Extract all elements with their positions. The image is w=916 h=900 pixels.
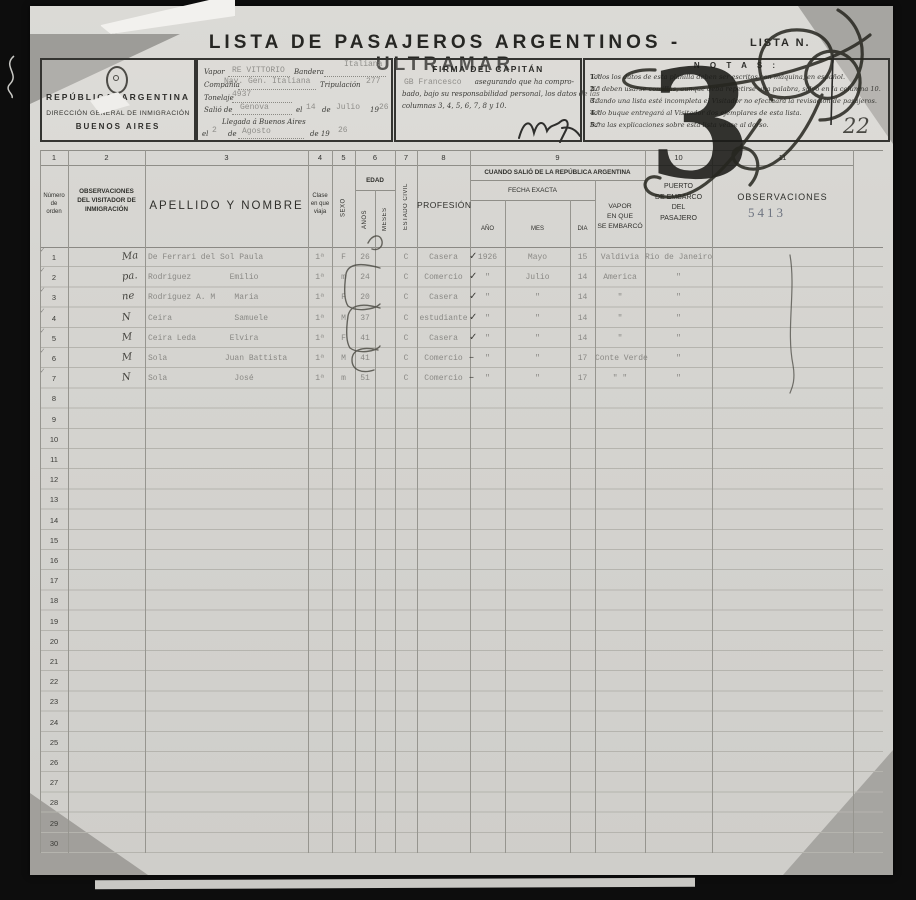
cell-clase: 1ª bbox=[308, 375, 332, 384]
cell-edad: 41 bbox=[355, 335, 375, 344]
cell-estado: C bbox=[395, 375, 417, 384]
cell-edad: 24 bbox=[355, 274, 375, 283]
cell-name: De Ferrari del Sol Paula bbox=[148, 254, 263, 263]
cell-name: Sola José bbox=[148, 375, 254, 384]
year-label: 19 bbox=[370, 106, 379, 114]
header-observaciones-visitador: OBSERVACIONES DEL VISITADOR DE INMIGRACI… bbox=[68, 188, 145, 214]
row-number: 25 bbox=[40, 738, 68, 747]
el-label: el bbox=[296, 106, 302, 114]
cell-profesion: Comercio bbox=[417, 375, 470, 384]
row-number: 16 bbox=[40, 556, 68, 565]
cell-puerto: ″ bbox=[645, 274, 712, 283]
cell-dia: 17 bbox=[570, 355, 595, 364]
cell-dia: 14 bbox=[570, 335, 595, 344]
cell-dia: 14 bbox=[570, 274, 595, 283]
header-meses: MESES bbox=[376, 194, 394, 244]
row-number: 22 bbox=[40, 677, 68, 686]
cell-sexo: F bbox=[332, 335, 355, 344]
margin-squiggle bbox=[8, 56, 14, 98]
table-row: NCeira Samuele1ªM37✓Cestudiante✓″″14″″ bbox=[40, 308, 853, 328]
cell-estado: C bbox=[395, 355, 417, 364]
cell-mes: ″ bbox=[505, 294, 570, 303]
cell-estado: C bbox=[395, 294, 417, 303]
ship-info-box: Vapor RE VITTORIO Bandera Italiana Compa… bbox=[196, 58, 393, 142]
cell-vapor: ″ bbox=[595, 294, 645, 303]
cell-meses_check: ✓ bbox=[40, 308, 45, 317]
cell-meses_check: ✓ bbox=[40, 328, 45, 337]
salio-label: Salió de bbox=[204, 106, 233, 114]
passenger-table: 1 2 3 4 5 6 7 8 9 10 11 Número de orden … bbox=[40, 150, 883, 853]
rule bbox=[228, 68, 290, 77]
cell-puerto: Rio de Janeiro bbox=[645, 254, 712, 263]
cell-mark: M bbox=[121, 351, 132, 363]
header-clase: Clase en que viaja bbox=[308, 192, 332, 216]
col-number: 1 bbox=[40, 153, 68, 162]
row-number: 21 bbox=[40, 657, 68, 666]
cell-vapor: ″ ″ bbox=[595, 375, 645, 384]
row-number: 26 bbox=[40, 758, 68, 767]
cell-edad: 26 bbox=[355, 254, 375, 263]
tonelaje-label: Tonelaje bbox=[204, 94, 234, 102]
cell-profesion: Comercio bbox=[417, 274, 470, 283]
header-ano: AÑO bbox=[470, 225, 505, 233]
cell-profesion: Casera bbox=[417, 335, 470, 344]
table-row: MCeira Leda Elvira1ªF41✓CCasera✓″″14″″ bbox=[40, 328, 853, 348]
rule bbox=[324, 68, 386, 77]
header-edad: EDAD bbox=[355, 177, 395, 186]
row-number: 29 bbox=[40, 819, 68, 828]
cell-name: Ceira Leda Elvira bbox=[148, 335, 258, 344]
row-number: 27 bbox=[40, 778, 68, 787]
col-number: 4 bbox=[308, 153, 332, 162]
cell-name: Rodriguez A. M Maria bbox=[148, 294, 258, 303]
vapor-label: Vapor bbox=[204, 68, 225, 76]
table-row: pa.Rodriguez Emilio1ªm24✓CComercio✓″Juli… bbox=[40, 267, 853, 287]
cell-meses_check: ✓ bbox=[40, 287, 45, 296]
cell-ano: ″ bbox=[470, 274, 505, 283]
cell-edad: 41 bbox=[355, 355, 375, 364]
row-number: 8 bbox=[40, 394, 68, 403]
cell-mark: Ma bbox=[121, 250, 138, 263]
cell-mark: N bbox=[121, 372, 131, 384]
cell-vapor: America bbox=[595, 274, 645, 283]
cell-puerto: ″ bbox=[645, 315, 712, 324]
rule bbox=[238, 130, 304, 139]
cell-name: Rodriguez Emilio bbox=[148, 274, 258, 283]
captain-text-1: asegurando que ha compro- bbox=[475, 78, 574, 86]
cell-name: Ceira Samuele bbox=[148, 315, 268, 324]
header-anos: AÑOS bbox=[356, 194, 374, 244]
llegada-day: 2 bbox=[212, 126, 217, 135]
cell-edad: 20 bbox=[355, 294, 375, 303]
row-number: 19 bbox=[40, 617, 68, 626]
salio-month: Julio bbox=[336, 103, 360, 112]
cell-vapor: Conte Verde bbox=[595, 355, 645, 364]
tripulacion-label: Tripulación bbox=[320, 81, 361, 89]
row-number: 17 bbox=[40, 576, 68, 585]
cell-sexo: M bbox=[332, 315, 355, 324]
handwritten-big-number: 3 bbox=[648, 50, 752, 200]
cell-puerto: ″ bbox=[645, 355, 712, 364]
cell-clase: 1ª bbox=[308, 254, 332, 263]
cell-clase: 1ª bbox=[308, 335, 332, 344]
cell-edad: 51 bbox=[355, 375, 375, 384]
cell-meses_check: ✓ bbox=[40, 247, 45, 256]
cell-mark: pa. bbox=[121, 270, 138, 283]
col-number: 6 bbox=[355, 153, 395, 162]
rule bbox=[232, 106, 292, 115]
table-line bbox=[470, 180, 645, 181]
scanned-document: LISTA DE PASAJEROS ARGENTINOS - ULTRAMAR… bbox=[0, 0, 916, 900]
col-number: 5 bbox=[332, 153, 355, 162]
country-name-right: ARGENTINA bbox=[121, 92, 190, 102]
cell-mark: ne bbox=[121, 291, 134, 303]
captain-typed-name: GB Francesco bbox=[404, 78, 462, 87]
llegada-label: Llegada á Buenos Aires bbox=[222, 118, 306, 126]
cell-clase: 1ª bbox=[308, 315, 332, 324]
cell-clase: 1ª bbox=[308, 274, 332, 283]
row-number: 30 bbox=[40, 839, 68, 848]
table-row: neRodriguez A. M Maria1ªF20✓CCasera✓″″14… bbox=[40, 287, 853, 307]
cell-sexo: m bbox=[332, 274, 355, 283]
cell-ano: ″ bbox=[470, 355, 505, 364]
row-number: 10 bbox=[40, 435, 68, 444]
row-number: 11 bbox=[40, 455, 68, 464]
cell-ano: ″ bbox=[470, 375, 505, 384]
cell-estado: C bbox=[395, 254, 417, 263]
cell-profesion: Casera bbox=[417, 254, 470, 263]
captain-signature-box: FIRMA DEL CAPITÁN GB Francesco asegurand… bbox=[394, 58, 582, 142]
cell-ano: 1926 bbox=[470, 254, 505, 263]
header-cuando-salio: CUANDO SALIÓ DE LA REPÚBLICA ARGENTINA bbox=[470, 169, 645, 178]
cell-mes: Julio bbox=[505, 274, 570, 283]
header-sexo: SEXO bbox=[334, 172, 353, 244]
cell-puerto: ″ bbox=[645, 375, 712, 384]
cell-sexo: m bbox=[332, 375, 355, 384]
row-number: 14 bbox=[40, 516, 68, 525]
cell-mes: Mayo bbox=[505, 254, 570, 263]
row-number: 24 bbox=[40, 718, 68, 727]
cell-mark: N bbox=[121, 311, 131, 323]
cell-mes: ″ bbox=[505, 375, 570, 384]
header-vapor-embarco: VAPOR EN QUE SE EMBARCÓ bbox=[595, 202, 645, 233]
row-number: 23 bbox=[40, 697, 68, 706]
bandera-label: Bandera bbox=[294, 68, 324, 76]
rule bbox=[232, 94, 292, 103]
coat-of-arms-icon bbox=[106, 66, 128, 94]
cell-vapor: ″ bbox=[595, 315, 645, 324]
cell-meses_check: ✓ bbox=[40, 348, 45, 357]
cell-dia: 17 bbox=[570, 375, 595, 384]
cell-sexo: M bbox=[332, 355, 355, 364]
paper-sheet: LISTA DE PASAJEROS ARGENTINOS - ULTRAMAR… bbox=[30, 6, 893, 875]
row-number: 9 bbox=[40, 415, 68, 424]
row-number: 15 bbox=[40, 536, 68, 545]
llegada-de19-label: de 19 bbox=[310, 130, 330, 138]
col-number: 3 bbox=[145, 153, 308, 162]
agency-city: BUENOS AIRES bbox=[42, 122, 194, 131]
row-number: 18 bbox=[40, 596, 68, 605]
cell-estado: C bbox=[395, 315, 417, 324]
cell-ano: ″ bbox=[470, 315, 505, 324]
table-line bbox=[470, 200, 595, 201]
cell-ano: ″ bbox=[470, 294, 505, 303]
cell-meses_check: ✓ bbox=[40, 267, 45, 276]
cell-edad: 37 bbox=[355, 315, 375, 324]
cell-mes: ″ bbox=[505, 355, 570, 364]
cell-profesion: estudiante bbox=[417, 315, 470, 324]
col-number: 9 bbox=[470, 153, 645, 162]
row-number: 13 bbox=[40, 495, 68, 504]
handwritten-page-number: 22 bbox=[843, 114, 870, 138]
cell-clase: 1ª bbox=[308, 355, 332, 364]
cell-vapor: Valdivia bbox=[595, 254, 645, 263]
cell-dia: 14 bbox=[570, 315, 595, 324]
header-numero: Número de orden bbox=[40, 192, 68, 216]
agency-direction: DIRECCIÓN GENERAL DE INMIGRACIÓN bbox=[42, 110, 194, 117]
table-row: MSola Juan Battista1ªM41✓CComercio–″″17C… bbox=[40, 348, 853, 368]
captain-box-title: FIRMA DEL CAPITÁN bbox=[396, 64, 580, 74]
cell-dia: 15 bbox=[570, 254, 595, 263]
table-row: NSola José1ªm51✓CComercio–″″17″ ″″ bbox=[40, 368, 853, 388]
row-number: 28 bbox=[40, 798, 68, 807]
cell-dia: 14 bbox=[570, 294, 595, 303]
salio-year: 26 bbox=[379, 103, 389, 112]
de-label: de bbox=[322, 106, 331, 114]
cell-profesion: Comercio bbox=[417, 355, 470, 364]
cell-puerto: ″ bbox=[645, 335, 712, 344]
cell-puerto: ″ bbox=[645, 294, 712, 303]
table-row: MaDe Ferrari del Sol Paula1ªF26✓CCasera✓… bbox=[40, 247, 853, 267]
header-dia: DIA bbox=[570, 225, 595, 233]
cell-mes: ″ bbox=[505, 335, 570, 344]
col-number: 2 bbox=[68, 153, 145, 162]
col-number: 8 bbox=[417, 153, 470, 162]
header-fecha-exacta: FECHA EXACTA bbox=[470, 186, 595, 195]
cell-sexo: F bbox=[332, 294, 355, 303]
header-profesion: PROFESIÓN bbox=[417, 200, 470, 210]
cell-mes: ″ bbox=[505, 315, 570, 324]
table-line bbox=[40, 150, 883, 151]
cell-vapor: ″ bbox=[595, 335, 645, 344]
llegada-de-label: de bbox=[228, 130, 237, 138]
col-number: 7 bbox=[395, 153, 417, 162]
cell-mark: M bbox=[121, 331, 132, 343]
row-number: 12 bbox=[40, 475, 68, 484]
paper-edge-sliver bbox=[95, 878, 695, 890]
header-estado-civil: ESTADO CIVIL bbox=[397, 170, 415, 244]
salio-day: 14 bbox=[306, 103, 316, 112]
cell-clase: 1ª bbox=[308, 294, 332, 303]
captain-text-3: columnas 3, 4, 5, 6, 7, 8 y 10. bbox=[402, 102, 507, 110]
captain-text-2: bado, bajo su responsabilidad personal, … bbox=[402, 90, 600, 98]
row-number: 20 bbox=[40, 637, 68, 646]
llegada-el-label: el bbox=[202, 130, 208, 138]
llegada-year: 26 bbox=[338, 126, 348, 135]
lista-number-label: LISTA N. bbox=[750, 37, 811, 49]
rule bbox=[238, 81, 316, 90]
header-apellido-nombre: APELLIDO Y NOMBRE bbox=[145, 200, 308, 212]
cell-profesion: Casera bbox=[417, 294, 470, 303]
cell-sexo: F bbox=[332, 254, 355, 263]
cell-estado: C bbox=[395, 274, 417, 283]
cell-meses_check: ✓ bbox=[40, 368, 45, 377]
tripulacion-value: 277 bbox=[366, 77, 380, 86]
cell-ano: ″ bbox=[470, 335, 505, 344]
header-mes: MES bbox=[505, 225, 570, 233]
cell-name: Sola Juan Battista bbox=[148, 355, 287, 364]
cell-estado: C bbox=[395, 335, 417, 344]
